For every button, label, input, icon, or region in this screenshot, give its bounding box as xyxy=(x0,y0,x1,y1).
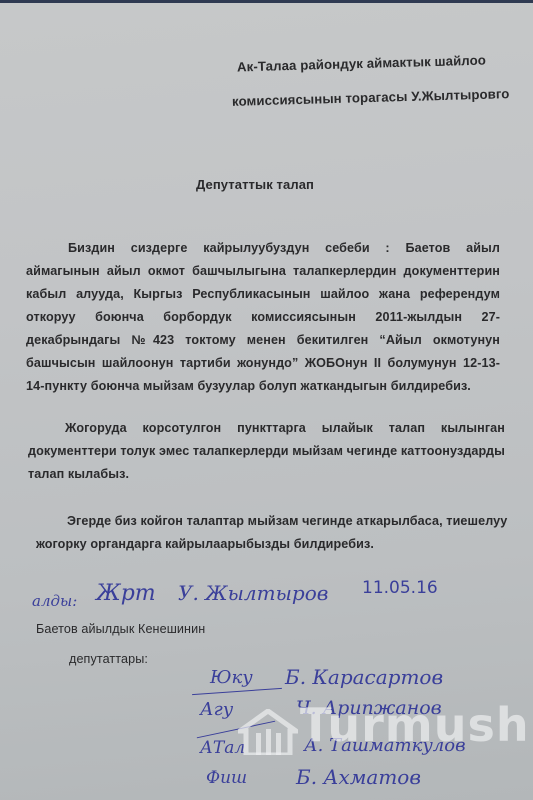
signatory-signature: Агу xyxy=(200,699,233,720)
signatories-header-line-1: Баетов айылдык Кенешинин xyxy=(36,622,205,636)
signature-stroke xyxy=(192,688,282,695)
receipt-date: 11.05.16 xyxy=(362,578,438,598)
addressee-line-2: комиссиясынын торагасы У.Жылтыровго xyxy=(232,86,510,109)
paragraph-2-line: документтери толук эмес талапкерлерди мы… xyxy=(28,444,500,458)
paragraph-1-line: кабыл алууда, Кыргыз Республикасынын шай… xyxy=(26,287,500,301)
paragraph-3-line: Эгерде биз койгон талаптар мыйзам чегинд… xyxy=(67,514,507,528)
signatory-signature: Фиш xyxy=(206,768,247,788)
signatory-name: Б. Ахматов xyxy=(296,765,421,789)
addressee-line-1: Ак-Талаа райондук аймактык шайлоо xyxy=(237,53,486,75)
watermark-house-icon xyxy=(238,709,298,755)
receipt-name: У. Жылтыров xyxy=(178,581,328,605)
paragraph-1-line: аймагынын айыл окмот башчылыгына талапке… xyxy=(26,264,500,278)
signatory-name: Б. Карасартов xyxy=(285,665,443,689)
signatories-header-line-2: депутаттары: xyxy=(69,652,148,666)
paragraph-1-line: Биздин сиздерге кайрылуубуздун себеби : … xyxy=(68,241,500,255)
paragraph-2-line: талап кылабыз. xyxy=(28,467,129,481)
document-paper: Ак-Талаа райондук аймактык шайлоо комисс… xyxy=(0,3,533,800)
document-title: Депутаттык талап xyxy=(196,177,314,192)
paragraph-3-line: жогорку органдарга кайрылаарыбызды билди… xyxy=(36,537,374,551)
receipt-signature: Жрт xyxy=(96,581,156,606)
signatory-signature: Юку xyxy=(210,667,253,688)
paragraph-1-line: башчысын шайлоонун тартиби жонундо” ЖОБО… xyxy=(26,356,500,370)
paragraph-1-line: 14-пункту боюнча мыйзам бузуулар болуп ж… xyxy=(26,379,471,393)
paragraph-1-line: декабрындагы №423 токтому менен бекитилг… xyxy=(26,333,500,347)
paragraph-2-line: Жогоруда корсотулгон пункттарга ылайык т… xyxy=(65,421,505,435)
receipt-label: алды: xyxy=(32,592,77,610)
watermark-logo: Turmush xyxy=(300,698,533,758)
paragraph-1-line: откоруу боюнча борбордук комиссиясынын 2… xyxy=(26,310,500,324)
